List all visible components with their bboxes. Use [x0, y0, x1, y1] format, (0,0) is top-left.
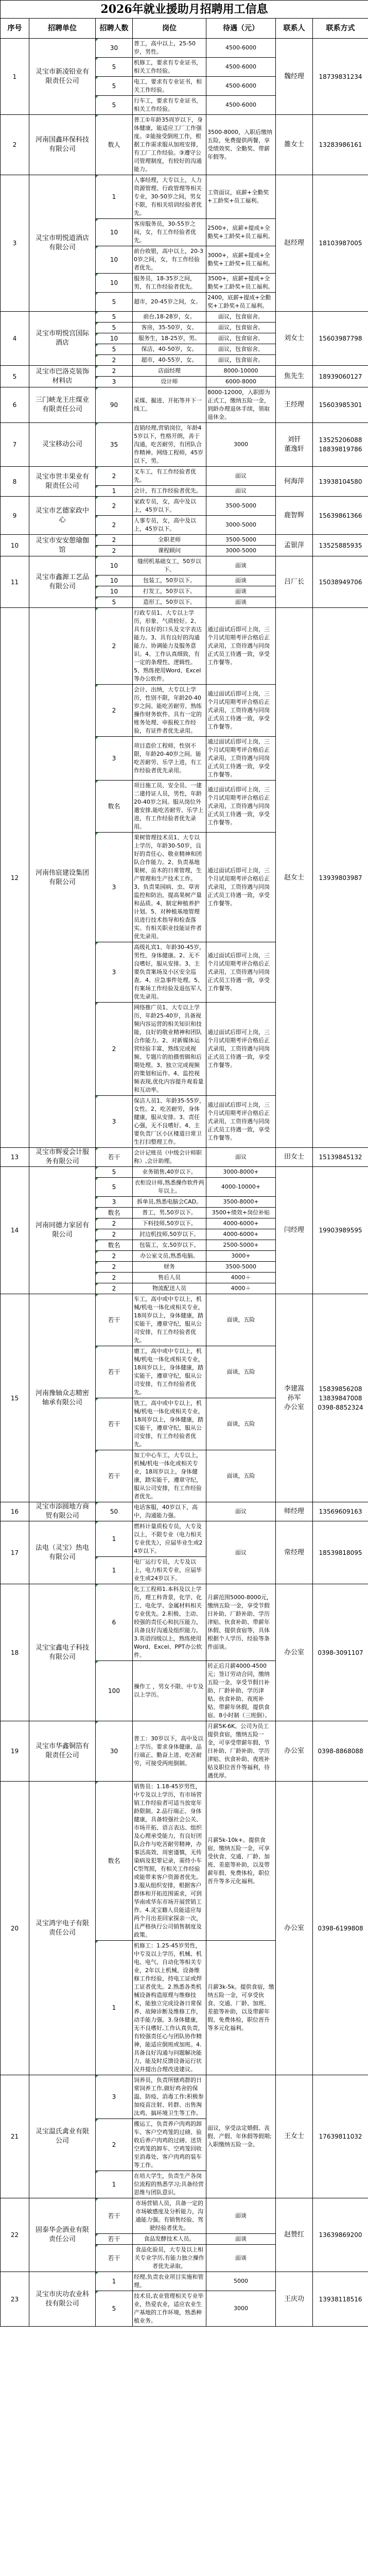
page-title: 2026年就业援助月招聘用工信息 [1, 1, 368, 19]
row-number: 1 [1, 39, 29, 115]
salary: 3500+绩效+岗位补贴 [206, 1208, 276, 1218]
table-row: 13灵宝市辉爱会计服务有限公司若干会计记账员（中级会计师职称）,会计助理。面议田… [1, 1148, 368, 1167]
contact-phone: 15038949706 [313, 556, 368, 608]
company-name: 固泰华企酒业有限责任公司 [29, 2198, 96, 2272]
company-name: 灵宝移动公司 [29, 423, 96, 467]
position-description: 售后人员 [133, 1273, 206, 1283]
contact-phone: 18939060127 [313, 366, 368, 387]
contact-phone: 13283986161 [313, 115, 368, 175]
salary: 面谈 [206, 556, 276, 575]
hire-count: 数名 [96, 781, 133, 833]
salary: 面谈 [206, 586, 276, 597]
hire-count: 5 [96, 2291, 133, 2327]
salary: 3500-5000 [206, 535, 276, 546]
row-number: 21 [1, 2075, 29, 2198]
table-row: 14河南同德力家居有限公司5业务销售,40岁以下。3000-8000+闫经理19… [1, 1167, 368, 1178]
hire-count: 90 [96, 387, 133, 423]
salary: 面议 [206, 1502, 276, 1521]
company-name: 灵宝市鑫源工艺品有限公司 [29, 556, 96, 608]
hire-count: 5 [96, 1178, 133, 1197]
salary: 3000-8000+ [206, 1167, 276, 1178]
hire-count: 50 [96, 1502, 133, 1521]
hire-count: 2 [96, 535, 133, 546]
hire-count: 3 [96, 942, 133, 1003]
company-name: 河南国鑫环保科技有限公司 [29, 115, 96, 175]
salary: 面谈 [206, 597, 276, 608]
hire-count: 1 [96, 1521, 133, 1557]
contact-phone: 0398-3091107 [313, 1584, 368, 1721]
position-description: 采煤、掘进、开拓等井下一线工。 [133, 387, 206, 423]
hire-count: 5 [96, 1167, 133, 1178]
salary: 月薪3k-5k。提供食宿，缴纳五险一金，可享受伙食、交通、厂龄、加班、差旅等补助… [206, 1941, 276, 2075]
hire-count: 1 [96, 2171, 133, 2198]
company-name: 灵宝市华鑫铜箔有限责任公司 [29, 1721, 96, 1782]
position-description: 磨工，高中或中专以上，机械/机电一体化或相关专业，18周岁以上，身体健康，踏实能… [133, 1346, 206, 1398]
row-number: 5 [1, 366, 29, 387]
salary: 3500-8000+ [206, 1197, 276, 1208]
company-name: 灵宝市庆功农业科技有限公司 [29, 2272, 96, 2327]
hire-count: 2 [96, 516, 133, 535]
position-description: 食品发酵技术人员。 [133, 2234, 206, 2245]
contact-person: 刘钎 董逸轩 [276, 423, 313, 467]
hire-count: 5 [96, 96, 133, 115]
hire-count: 1 [96, 175, 133, 219]
table-row: 9灵宝市艺德家政中心2家政专员，女，高中及以上，45岁以下。3500-5000鹿… [1, 497, 368, 516]
position-description: 衣柜设计师,熟悉操作软件两年以上。 [133, 1178, 206, 1197]
table-row: 15河南豫轴众志精密轴承有限公司若干车工，高中或中专以上，机械/机电一体化或相关… [1, 1294, 368, 1346]
salary: 面谈，五险 [206, 1398, 276, 1450]
position-description: 直销经理,营销岗位，年龄45岁以下，性格开朗，善于沟通，吃苦耐劳，有团队合作精神… [133, 423, 206, 467]
salary: 通过面试后即可上岗，三个月试用期考评合格后正式录用，工资待遇与同岗正式员工待遇一… [206, 608, 276, 685]
salary: 3000-5000 [206, 516, 276, 535]
position-description: 全职老师 [133, 535, 206, 546]
table-row: 3灵宝市明悦道酒店有限公司1人事经理，大专以上，人力资源管理、行政管理等相关专业… [1, 175, 368, 219]
hire-count: 3 [96, 737, 133, 781]
table-row: 4灵宝市明悦宫国际酒店5前台,18-28岁，女。面议，包食宿舍。刘女士15603… [1, 312, 368, 323]
salary: 4000-6000+ [206, 1218, 276, 1229]
contact-phone: 0398-8868088 [313, 1721, 368, 1782]
table-row: 21灵宝温氏禽业有限公司3饲养员，负责所辖鸡群的日常饲养工作,做好鸡舍的保温、防… [1, 2075, 368, 2119]
hire-count: 3 [96, 833, 133, 942]
salary: 月薪范围5000-8000元，缴纳五险一金，享受节假日补助、厂龄补助、学历津贴、… [206, 1584, 276, 1661]
position-description: 操作工 ，男女不限、中专及以上学历。 [133, 1661, 206, 1721]
position-description: 经理,负责农业项目实施和管理。 [133, 2272, 206, 2291]
salary: 面议，包食宿舍。 [206, 344, 276, 355]
contact-phone: 15603987798 [313, 312, 368, 366]
hire-count: 若干 [96, 1398, 133, 1450]
hire-count: 5 [96, 344, 133, 355]
row-number: 2 [1, 115, 29, 175]
hire-count: 2 [96, 366, 133, 377]
row-number: 10 [1, 535, 29, 556]
salary: 3500-8000，入职后缴纳五险，免费提供两餐，享受绩效奖、全勤奖、带薪年假等… [206, 115, 276, 175]
contact-person: 办公室 [276, 1721, 313, 1782]
table-row: 23灵宝市庆功农业科技有限公司1经理,负责农业项目实施和管理。5000王庆功13… [1, 2272, 368, 2291]
row-number: 7 [1, 423, 29, 467]
contact-person: 雒女士 [276, 115, 313, 175]
position-description: 服务生，18-25岁，男。 [133, 333, 206, 344]
position-description: 会计记账员（中级会计师职称）,会计助理。 [133, 1148, 206, 1167]
contact-phone: 13938118516 [313, 2272, 368, 2327]
position-description: 包装工，50岁以下。 [133, 575, 206, 586]
salary: 通过面试后即可上岗，三个月试用期考评合格后正式录用，工资待遇与同岗正式员工待遇一… [206, 1096, 276, 1148]
hire-count: 若干 [96, 1148, 133, 1167]
position-description: 拆单员,熟悉电脑会CAD。 [133, 1197, 206, 1208]
row-number: 18 [1, 1584, 29, 1721]
position-description: 打发工，50岁以下。 [133, 586, 206, 597]
position-description: 行政专员1、大专以上学历，形象、气质较好。2、具有良好的口头及文字表达能力。3、… [133, 608, 206, 685]
position-description: 普工①年龄35周岁以下，身体健康，能适应工厂工作强度。②能接受倒班工作，根据工作… [133, 115, 206, 175]
contact-person: 刘女士 [276, 312, 313, 366]
salary: 面议 [206, 486, 276, 497]
salary: 3500-5000 [206, 497, 276, 516]
hire-count: 数名 [96, 1782, 133, 1941]
position-description: 业务销售,40岁以下。 [133, 1167, 206, 1178]
table-row: 2河南国鑫环保科技有限公司数人普工①年龄35周岁以下，身体健康，能适应工厂工作强… [1, 115, 368, 175]
position-description: 电工，要求有专业证书，相关工作经验。 [133, 77, 206, 96]
header-position: 岗位 [133, 19, 206, 39]
position-description: 项目造价工程师，性别不限，年龄20-40岁之间。能吃苦耐劳、乐学上进，有工作经验… [133, 737, 206, 781]
hire-count: 5 [96, 77, 133, 96]
salary: 面议 [206, 1521, 276, 1584]
row-number: 8 [1, 467, 29, 497]
position-description: 销售员：1.18-45岁男性，中专及以上学历，有市场营销工作经验者可适当放宽年龄… [133, 1782, 206, 1941]
salary: 4500-6000 [206, 77, 276, 96]
contact-phone: 13639869200 [313, 2198, 368, 2272]
hire-count: 10 [96, 274, 133, 293]
position-description: 财务 [133, 1262, 206, 1273]
company-name: 灵宝温氏禽业有限公司 [29, 2075, 96, 2198]
hire-count: 2 [96, 355, 133, 366]
contact-phone: 15839856208 13839847008 0398-8852324 [313, 1294, 368, 1502]
position-description: 家政专员，女，高中及以上，45岁以下。 [133, 497, 206, 516]
hire-count: 2 [96, 1218, 133, 1229]
row-number: 17 [1, 1521, 29, 1584]
header-row: 序号 招聘单位 招聘人数 岗位 待遇（元） 联系人 联系方式 [1, 19, 368, 39]
salary: 4000-10000+ [206, 1178, 276, 1197]
hire-count: 10 [96, 246, 133, 274]
row-number: 19 [1, 1721, 29, 1782]
company-name: 灵宝宝鑫电子科技有限公司 [29, 1584, 96, 1721]
position-description: 电厂运行专员，大专及以上，电力相关专业，应届毕业生或24岁以下。 [133, 1557, 206, 1584]
hire-count: 3 [96, 1096, 133, 1148]
position-description: 保洁人员1、年龄35-55岁，女性。2、吃苦耐劳，身体健康，服从安排。3、责任心… [133, 1096, 206, 1148]
contact-phone: 19903989595 [313, 1167, 368, 1294]
salary: 4500-6000 [206, 39, 276, 58]
contact-person: 鹿智辉 [276, 497, 313, 535]
company-name: 法电（灵宝）热电有限公司 [29, 1521, 96, 1584]
company-name: 灵宝鸿宇电子有限责任公司 [29, 1782, 96, 2075]
hire-count: 30 [96, 39, 133, 58]
table-row: 6三门峡龙王庄煤业有限责任公司90采煤、掘进、开拓等井下一线工。8000-120… [1, 387, 368, 423]
header-no: 序号 [1, 19, 29, 39]
contact-person: 田女士 [276, 1148, 313, 1167]
position-description: 下料技师,50岁以下。 [133, 1218, 206, 1229]
position-description: 在培大学生，负责生产各岗位流程的熟悉学习;具备经营思维与团队意识。 [133, 2171, 206, 2198]
contact-phone: 13569609163 [313, 1502, 368, 1521]
company-name: 河南伟宸建设集团有限公司 [29, 608, 96, 1148]
contact-person: 吕厂长 [276, 556, 313, 608]
salary: 3500-5000 [206, 1262, 276, 1273]
contact-person: 办公室 [276, 1782, 313, 2075]
salary: 面谈，五险 [206, 1450, 276, 1502]
contact-person: 赵女士 [276, 608, 313, 1148]
company-name: 灵宝市世丰果业有限责任公司 [29, 467, 96, 497]
hire-count: 30 [96, 1721, 133, 1782]
salary: 面议，包食宿舍。 [206, 323, 276, 333]
position-description: 电话客服，40岁以下，高中，沟通能力强。 [133, 1502, 206, 1521]
company-name: 三门峡龙王庄煤业有限责任公司 [29, 387, 96, 423]
table-row: 7灵宝移动公司35直销经理,营销岗位，年龄45岁以下，性格开朗，善于沟通，吃苦耐… [1, 423, 368, 467]
position-description: 普工：30岁以下，高中及以上学历。要求身体健康、品行端正、勤奋上进、吃苦耐劳，可… [133, 1721, 206, 1782]
salary: 5000 [206, 2272, 276, 2291]
hire-count: 35 [96, 423, 133, 467]
position-description: 搬运工，负责养户肉鸡的卸车、客户空鸡笼的过磅、验收后养户肉鸡的过磅、送货空鸡笼的… [133, 2119, 206, 2171]
company-name: 灵宝市艺德家政中心 [29, 497, 96, 535]
header-count: 招聘人数 [96, 19, 133, 39]
row-number: 16 [1, 1502, 29, 1521]
row-number: 6 [1, 387, 29, 423]
contact-phone: 18103987005 [313, 175, 368, 312]
row-number: 14 [1, 1167, 29, 1294]
position-description: 车工，高中或中专以上，机械/机电一体化或相关专业，18周岁以上，身体健康，踏实能… [133, 1294, 206, 1346]
company-name: 灵宝市添圆地方商贸有限公司 [29, 1502, 96, 1521]
row-number: 11 [1, 556, 29, 608]
table-row: 11灵宝市鑫源工艺品有限公司10缝纫机基础女工，50岁以下。面谈吕厂长15038… [1, 556, 368, 575]
salary: 通过面试后即可上岗，三个月试用期考评合格后正式录用，工资待遇与同岗正式员工待遇一… [206, 685, 276, 737]
header-pay: 待遇（元） [206, 19, 276, 39]
row-number: 22 [1, 2198, 29, 2272]
hire-count: 5 [96, 58, 133, 77]
salary: 转正后月薪4000-4500元；签订劳动合同，缴纳五险一金，享受节假日补助、厂龄… [206, 1661, 276, 1721]
position-description: 叉车工，有工作经验者优先。 [133, 467, 206, 486]
position-description: 课程顾问 [133, 546, 206, 556]
company-name: 灵宝市安安憩瑜伽馆 [29, 535, 96, 556]
company-name: 灵宝市辉爱会计服务有限公司 [29, 1148, 96, 1167]
salary: 面议，包食宿舍。 [206, 312, 276, 323]
salary: 4500-6000 [206, 58, 276, 77]
hire-count: 2 [96, 497, 133, 516]
hire-count: 2 [96, 1251, 133, 1262]
hire-count: 1 [96, 1557, 133, 1584]
table-row: 12河南伟宸建设集团有限公司2行政专员1、大专以上学历，形象、气质较好。2、具有… [1, 608, 368, 685]
position-description: 技术员,农业管理相关专业毕业，热爱农业，适应农业生产基地的工作环境，熟悉种植业务… [133, 2291, 206, 2327]
position-description: 普工，男,50岁以下。 [133, 1208, 206, 1218]
salary: 通过面试后即可上岗，三个月试用期考评合格后正式录用，工资待遇与同岗正式员工待遇一… [206, 737, 276, 781]
salary: 面议 [206, 467, 276, 486]
hire-count: 10 [96, 586, 133, 597]
hire-count: 数名 [96, 1208, 133, 1218]
contact-phone: 18539818095 [313, 1521, 368, 1584]
position-description: 超市，20-45岁之间，女。 [133, 293, 206, 312]
hire-count: 若干 [96, 1294, 133, 1346]
contact-phone: 15603985301 [313, 387, 368, 423]
position-description: 办公室文员,熟悉电脑。 [133, 1251, 206, 1262]
salary: 通过面试后即可上岗，三个月试用期考评合格后正式录用，工资待遇与同岗正式员工待遇一… [206, 1003, 276, 1096]
salary: 面谈，五险 [206, 1346, 276, 1398]
salary: 面议 [206, 1148, 276, 1167]
hire-count: 2 [96, 546, 133, 556]
hire-count: 5 [96, 597, 133, 608]
position-description: 服务员，18-35岁之间，男，有工作经验者优先。 [133, 274, 206, 293]
position-description: 果树管理技术员1、大专以上学历，年龄30-50岁，良好的责任心、敬业精神和团队合… [133, 833, 206, 942]
position-description: 饲养员，负责所辖鸡群的日常饲养工作,做好鸡舍的保温、防疫、消毒工作;积极参加疫苗… [133, 2075, 206, 2119]
header-contact: 联系人 [276, 19, 313, 39]
salary: 4000＋ [206, 1283, 276, 1294]
hire-count: 数人 [96, 115, 133, 175]
contact-person: 常经理 [276, 1521, 313, 1584]
row-number: 15 [1, 1294, 29, 1502]
position-description: 缝纫机基础女工，50岁以下。 [133, 556, 206, 575]
hire-count: 若干 [96, 2198, 133, 2234]
contact-person: 王经理 [276, 387, 313, 423]
hire-count: 若干 [96, 1346, 133, 1398]
position-description: 铣工，高中或中专以上，机械/机电一体化或相关专业，18周岁以上，身体健康，踏实能… [133, 1398, 206, 1450]
salary: 面议，包食宿舍。 [206, 333, 276, 344]
header-company: 招聘单位 [29, 19, 96, 39]
position-description: 会计、出纳，大专以上学历，性别不限，年龄20-40岁之间。能吃苦耐劳、熟练操作财… [133, 685, 206, 737]
salary: 面议，包食宿舍。 [206, 355, 276, 366]
header-phone: 联系方式 [313, 19, 368, 39]
hire-count: 2 [96, 1262, 133, 1273]
hire-count: 10 [96, 219, 133, 246]
hire-count: 6 [96, 1584, 133, 1661]
contact-phone: 0398-6199808 [313, 1782, 368, 2075]
position-description: 项目施工员、安全员、一建二建持证人员，男性，年龄20-40岁之间。服从岗位外遣安… [133, 781, 206, 833]
contact-phone: 13525206088 18839819786 [313, 423, 368, 467]
position-description: 网络推广员1、大专以上学历，年龄25-40岁，具备视频内容运营的相关知识和技能，… [133, 1003, 206, 1096]
contact-person: 何海萍 [276, 467, 313, 497]
hire-count: 数名 [96, 1240, 133, 1251]
hire-count: 2 [96, 1229, 133, 1240]
salary: 6000-8000 [206, 377, 276, 387]
position-description: 会计，有工作经验者优先。 [133, 486, 206, 497]
table-row: 8灵宝市世丰果业有限责任公司2叉车工，有工作经验者优先。面议何海萍1393810… [1, 467, 368, 486]
salary: 面谈 [206, 575, 276, 586]
contact-person: 李建嵩 孙军 办公室 [276, 1294, 313, 1502]
hire-count: 2 [96, 1273, 133, 1283]
company-name: 河南同德力家居有限公司 [29, 1167, 96, 1294]
position-description: 人事经理，大专以上，人力资源管理、行政管理等相关专业，30-50岁之间，男女不限… [133, 175, 206, 219]
position-description: 人事专员，女，高中及以上，45岁以下。 [133, 516, 206, 535]
position-description: 设计师 [133, 377, 206, 387]
salary: 3000 [206, 423, 276, 467]
contact-person: 赵经理 [276, 175, 313, 312]
position-description: 机修工，要求有专业证书，相关工作经验。 [133, 58, 206, 77]
contact-phone: 17639811032 [313, 2075, 368, 2198]
table-row: 18灵宝宝鑫电子科技有限公司6化工工程师1.本科及以上学历，理工科背景，化学、化… [1, 1584, 368, 1661]
position-description: 物流配送人员 [133, 1283, 206, 1294]
contact-phone: 15639861366 [313, 497, 368, 535]
table-row: 19灵宝市华鑫铜箔有限责任公司30普工：30岁以下，高中及以上学历。要求身体健康… [1, 1721, 368, 1782]
position-description: 客房，35-50岁，女。 [133, 323, 206, 333]
salary: 月薪5k-10k+。提供食宿，缴纳五险一金，可享受伙食、交通、厂龄、加班、差旅等… [206, 1782, 276, 1941]
row-number: 13 [1, 1148, 29, 1167]
company-name: 河南豫轴众志精密轴承有限公司 [29, 1294, 96, 1502]
salary: 3000+ [206, 1251, 276, 1262]
table-row: 16灵宝市添圆地方商贸有限公司50电话客服，40岁以下，高中，沟通能力强。面议师… [1, 1502, 368, 1521]
hire-count: 1 [96, 1941, 133, 2075]
hire-count: 1 [96, 2272, 133, 2291]
row-number: 12 [1, 608, 29, 1148]
salary: 3000 [206, 2291, 276, 2327]
hire-count: 2 [96, 685, 133, 737]
salary: 面谈 [206, 2245, 276, 2272]
hire-count: 2 [96, 2119, 133, 2171]
hire-count: 100 [96, 1661, 133, 1721]
contact-phone: 13525885935 [313, 535, 368, 556]
contact-phone: 18739831234 [313, 39, 368, 115]
position-description: 封边机技师,50岁以下。 [133, 1229, 206, 1240]
position-description: 造形工，50岁以下。 [133, 597, 206, 608]
position-description: 前台收银，高中以上，20-30岁之间，女，有工作经验者优先。 [133, 246, 206, 274]
hire-count: 5 [96, 293, 133, 312]
row-number: 20 [1, 1782, 29, 2075]
contact-person: 王庆功 [276, 2272, 313, 2327]
hire-count: 2 [96, 1283, 133, 1294]
salary: 面谈 [206, 2234, 276, 2245]
table-row: 22固泰华企酒业有限责任公司若干市场营销人员，具备一定的市场敏感度及分析能力，沟… [1, 2198, 368, 2234]
company-name: 灵宝市明悦宫国际酒店 [29, 312, 96, 366]
hire-count: 2 [96, 1003, 133, 1096]
hire-count: 10 [96, 575, 133, 586]
recruitment-table: 2026年就业援助月招聘用工信息 序号 招聘单位 招聘人数 岗位 待遇（元） 联… [0, 0, 368, 2327]
salary: 3500+，底薪+提成+全勤奖+工龄奖+员工福利。 [206, 274, 276, 293]
row-number: 23 [1, 2272, 29, 2327]
position-description: 前台,18-28岁，女。 [133, 312, 206, 323]
contact-person: 赵赞红 [276, 2198, 313, 2272]
row-number: 9 [1, 497, 29, 535]
position-description: 超市，40-55岁，女。 [133, 355, 206, 366]
salary: 面议，享受法定婚假、丧假、产假、年休假等假期;入职缴纳五险一金。 [206, 2075, 276, 2198]
salary: 8000-12000，入职即为正式工，缴纳五险一金，到龄办理退休手续，领取退休金… [206, 387, 276, 423]
table-row: 17法电（灵宝）热电有限公司1燃料计量质检专员，大专及以上，不限专业（电力相关专… [1, 1521, 368, 1557]
salary: 4000＋ [206, 1273, 276, 1283]
contact-person: 师经理 [276, 1502, 313, 1521]
table-body: 1灵宝市新凌铅业有限责任公司30普工，高中以上，25-50岁，男性。4500-6… [1, 39, 368, 2327]
salary: 面谈，五险 [206, 1294, 276, 1346]
position-description: 店面经理 [133, 366, 206, 377]
salary: 通过面试后即可上岗，三个月试用期考评合格后正式录用，工资待遇与同岗正式员工待遇一… [206, 942, 276, 1003]
hire-count: 3 [96, 1197, 133, 1208]
hire-count: 10 [96, 333, 133, 344]
contact-person: 办公室 [276, 1584, 313, 1721]
salary: 通过面试后即可上岗，三个月试用期考评合格后正式录用，工资待遇与同岗正式员工待遇一… [206, 833, 276, 942]
position-description: 保洁，40-50岁，女。 [133, 344, 206, 355]
position-description: 化工工程师1.本科及以上学历，理工科背景，化学、化工、电化学、金属材料相关专业优… [133, 1584, 206, 1661]
company-name: 灵宝市新凌铅业有限责任公司 [29, 39, 96, 115]
row-number: 4 [1, 312, 29, 366]
salary: 4000-6000+ [206, 1229, 276, 1240]
position-description: 燃料计量质检专员，大专及以上，不限专业（电力相关专业优先），应届毕业生或24岁以… [133, 1521, 206, 1557]
salary: 2500+，底薪+提成+全勤奖+工龄奖+员工福利。 [206, 219, 276, 246]
contact-person: 王女士 [276, 2075, 313, 2198]
hire-count: 若干 [96, 1450, 133, 1502]
hire-count: 3 [96, 2075, 133, 2119]
position-description: 加工中心车工，大专以上，机械/机电一体化或相关专业，18周岁以上，身体健康，踏实… [133, 1450, 206, 1502]
salary: 通过面试后即可上岗，三个月试用期考评合格后正式录用，工资待遇与同岗正式员工待遇一… [206, 781, 276, 833]
company-name: 灵宝市巴洛克装饰材料店 [29, 366, 96, 387]
hire-count: 5 [96, 312, 133, 323]
position-description: 市场营销人员，具备一定的市场敏感度及分析能力，沟通能力强。有销售经验、驾驶经验者… [133, 2198, 206, 2234]
salary: 2500-5000+ [206, 1240, 276, 1251]
contact-person: 焦先生 [276, 366, 313, 387]
table-row: 20灵宝鸿宇电子有限责任公司数名销售员：1.18-45岁男性，中专及以上学历，有… [1, 1782, 368, 1941]
hire-count: 若干 [96, 2245, 133, 2272]
salary: 工资面议，底薪+全勤奖+工龄奖+员工福利。 [206, 175, 276, 219]
contact-person: 闫经理 [276, 1167, 313, 1294]
contact-person: 孟银萍 [276, 535, 313, 556]
